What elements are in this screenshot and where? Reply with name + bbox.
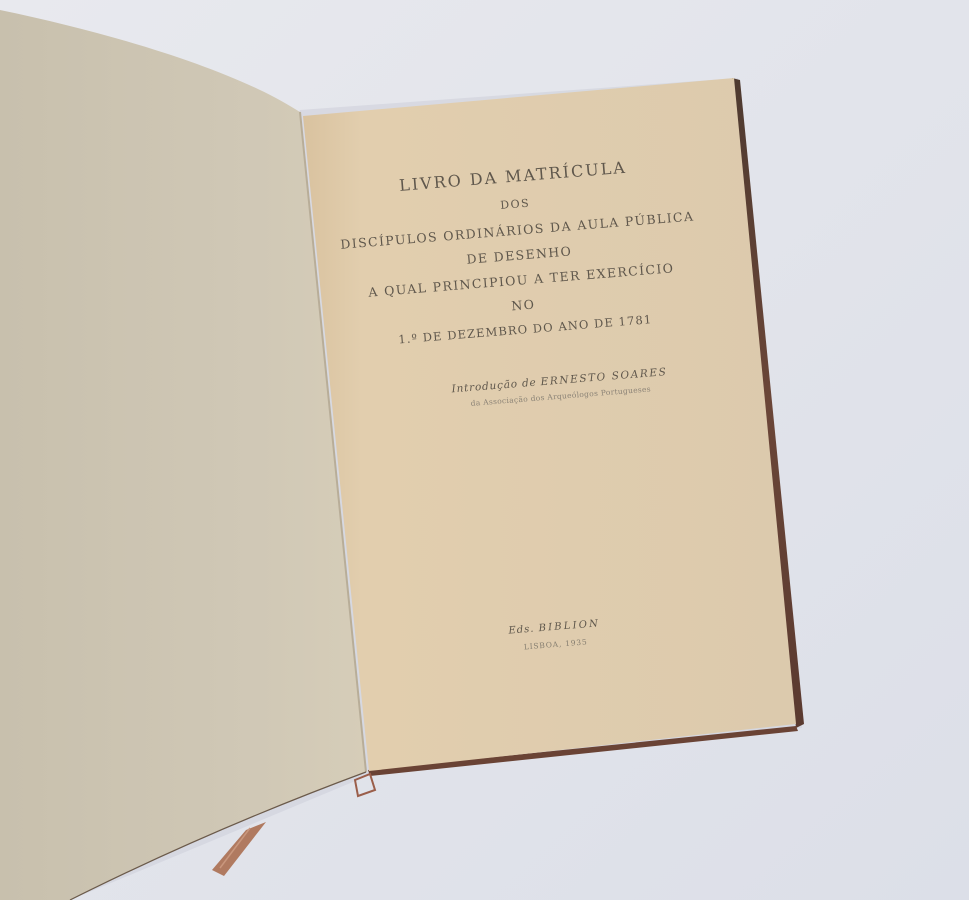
publisher-name: BIBLION bbox=[538, 618, 600, 634]
intro-prefix: Introdução de bbox=[451, 377, 537, 396]
title-page-text: LIVRO DA MATRÍCULA DOS DISCÍPULOS ORDINÁ… bbox=[276, 63, 790, 788]
publisher-prefix: Eds. bbox=[508, 624, 535, 637]
photo-scene: LIVRO DA MATRÍCULA DOS DISCÍPULOS ORDINÁ… bbox=[0, 0, 969, 900]
